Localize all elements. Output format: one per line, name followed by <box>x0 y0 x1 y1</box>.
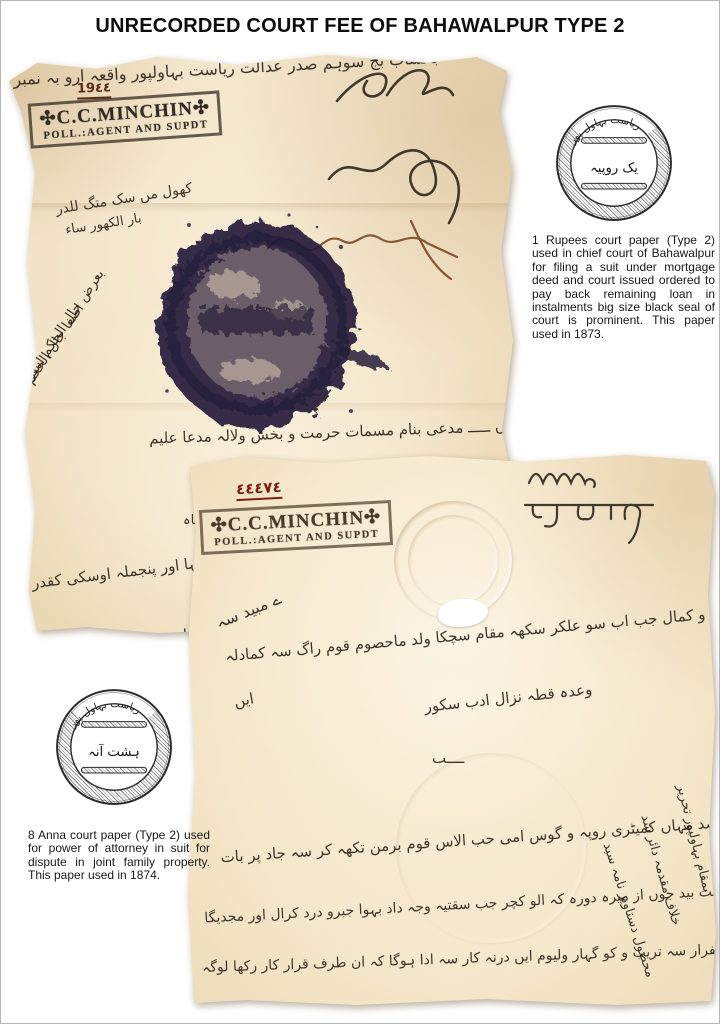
seal-center-text: ہشت آنہ <box>88 743 140 760</box>
bottom-document: ٤٤٤٧٤ ✣C.C.MINCHIN✣ POLL.:AGENT AND SUPD… <box>186 453 718 1009</box>
handwritten-year: 19٤٤ <box>77 80 112 99</box>
anna-caption: 8 Anna court paper (Type 2) used for pow… <box>28 829 210 883</box>
handwriting-line: بار الکھور ساء <box>64 211 142 238</box>
handwriting-line: وعدہ قطہ نزال ادب سکور <box>424 680 593 716</box>
anna-seal-drawing: ریاست بہاول پور ہشت آنہ <box>53 683 175 807</box>
script-marks <box>521 459 696 534</box>
exhibit-page: UNRECORDED COURT FEE OF BAHAWALPUR TYPE … <box>0 0 720 1024</box>
handwriting-line: ے مبید سہ <box>213 589 284 632</box>
rupee-caption: 1 Rupees court paper (Type 2) used in ch… <box>532 234 715 341</box>
minchin-stamp: ✣C.C.MINCHIN✣ POLL.:AGENT AND SUPDT <box>199 500 394 555</box>
embossed-seal-inner <box>408 515 498 605</box>
handwriting-line: ــــٮ <box>432 749 464 767</box>
handwritten-red-number: ٤٤٤٧٤ <box>235 478 282 501</box>
minchin-stamp: ✣C.C.MINCHIN✣ POLL.:AGENT AND SUPDT <box>28 90 223 148</box>
page-title: UNRECORDED COURT FEE OF BAHAWALPUR TYPE … <box>1 15 719 38</box>
rupee-seal-drawing: ریاست بہاول پور یک روپیہ <box>553 99 675 223</box>
handwriting-line: اصغا جال الحکم جل شکر <box>0 301 87 433</box>
seal-center-text: یک روپیہ <box>590 161 638 176</box>
handwriting-line: ایں <box>233 689 256 710</box>
paper-tear <box>438 599 488 627</box>
handwriting-line: بمقام بہاولپور تحریر <box>673 783 714 894</box>
court-black-seal <box>139 209 383 449</box>
